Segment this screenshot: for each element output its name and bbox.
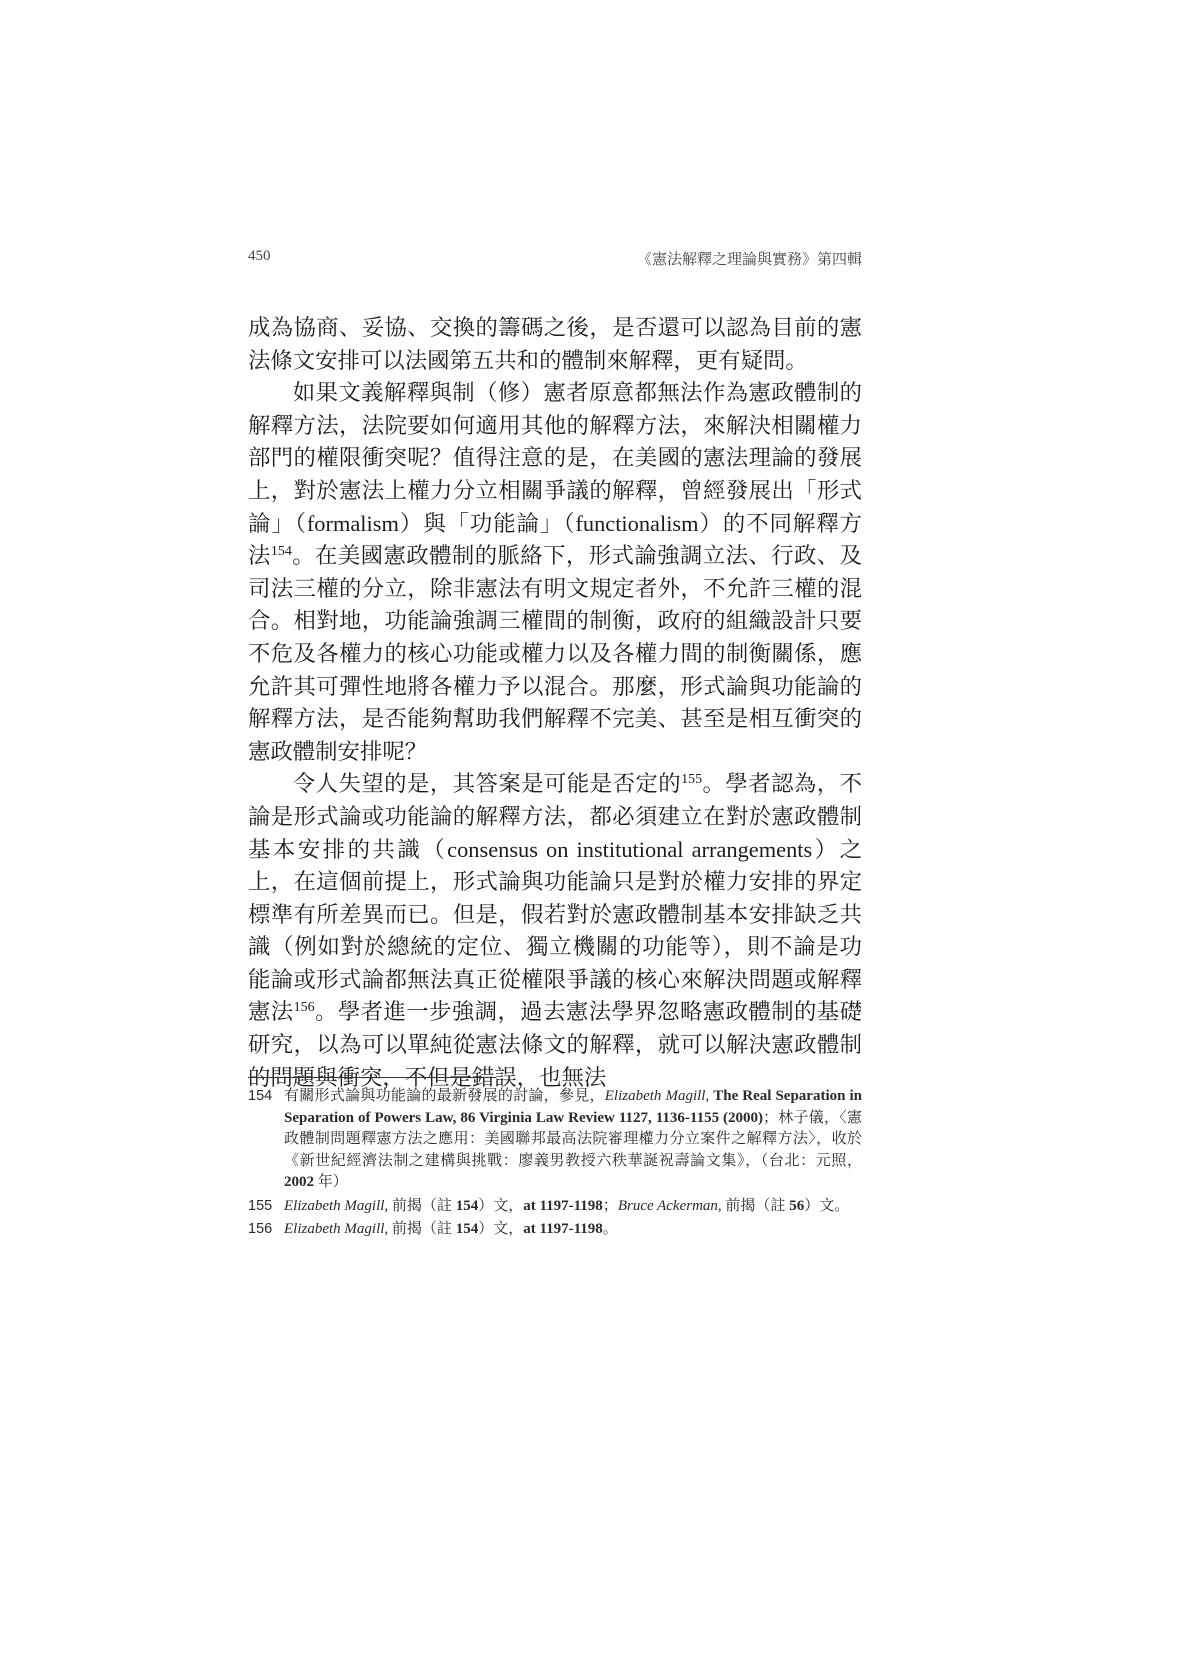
- footnote-number: 156: [248, 1219, 284, 1241]
- body-text-run: 。在美國憲政體制的脈絡下，形式論強調立法、行政、及司法三權的分立，除非憲法有明文…: [248, 543, 862, 765]
- body-text-run: 令人失望的是，其答案是可能是否定的: [293, 771, 681, 797]
- author-name: Bruce Ackerman: [618, 1198, 718, 1214]
- footnote-text-run: , 前揭（註: [384, 1221, 455, 1237]
- citation-detail: 154: [456, 1198, 479, 1214]
- footnote-text-run: 年）: [314, 1174, 348, 1190]
- footnote-154: 154有關形式論與功能論的最新發展的討論，參見，Elizabeth Magill…: [248, 1086, 862, 1194]
- footnote-text: 有關形式論與功能論的最新發展的討論，參見，Elizabeth Magill, T…: [284, 1086, 862, 1194]
- footnote-text-run: 有關形式論與功能論的最新發展的討論，參見，: [284, 1088, 605, 1104]
- body-text-run: ）之上，在這個前提上，形式論與功能論只是對於權力安排的界定標準有所差異而已。但是…: [248, 837, 862, 1026]
- footnote-text: Elizabeth Magill, 前揭（註 154）文，at 1197-119…: [284, 1219, 862, 1241]
- body-paragraph: 令人失望的是，其答案是可能是否定的155。學者認為，不論是形式論或功能論的解釋方…: [248, 768, 862, 1094]
- english-term: consensus on institutional arrangements: [447, 837, 812, 862]
- author-name: Elizabeth Magill: [605, 1088, 706, 1104]
- footnote-text-run: ；: [603, 1198, 618, 1214]
- footnote-text-run: 。: [603, 1221, 618, 1237]
- footnote-text: Elizabeth Magill, 前揭（註 154）文，at 1197-119…: [284, 1196, 862, 1218]
- citation-detail: 56: [789, 1198, 804, 1214]
- running-head: 450 《憲法解釋之理論與實務》第四輯: [248, 248, 862, 272]
- footnote-156: 156Elizabeth Magill, 前揭（註 154）文，at 1197-…: [248, 1219, 862, 1241]
- footnote-reference[interactable]: 154: [271, 544, 292, 559]
- english-term: functionalism: [575, 511, 698, 536]
- author-name: Elizabeth Magill: [284, 1221, 384, 1237]
- english-term: formalism: [307, 511, 399, 536]
- footnote-text-run: , 前揭（註: [718, 1198, 789, 1214]
- body-text-run: 成為協商、妥協、交換的籌碼之後，是否還可以認為目前的憲法條文安排可以法國第五共和…: [248, 315, 862, 374]
- citation-detail: at 1197-1198: [523, 1198, 603, 1214]
- author-name: Elizabeth Magill: [284, 1198, 384, 1214]
- footnote-divider: [248, 1077, 496, 1078]
- body-paragraph: 成為協商、妥協、交換的籌碼之後，是否還可以認為目前的憲法條文安排可以法國第五共和…: [248, 312, 862, 377]
- body-text: 成為協商、妥協、交換的籌碼之後，是否還可以認為目前的憲法條文安排可以法國第五共和…: [248, 312, 862, 1094]
- footnote-number: 155: [248, 1196, 284, 1218]
- footnotes: 154有關形式論與功能論的最新發展的討論，參見，Elizabeth Magill…: [248, 1086, 862, 1243]
- footnote-number: 154: [248, 1086, 284, 1194]
- footnote-reference[interactable]: 155: [681, 772, 702, 787]
- citation-detail: 154: [456, 1221, 479, 1237]
- footnote-text-run: ）文，: [478, 1221, 523, 1237]
- footnote-text-run: , 前揭（註: [384, 1198, 455, 1214]
- footnote-text-run: ）文，: [478, 1198, 523, 1214]
- footnote-reference[interactable]: 156: [294, 1000, 315, 1015]
- page-number: 450: [248, 248, 271, 265]
- body-paragraph: 如果文義解釋與制（修）憲者原意都無法作為憲政體制的解釋方法，法院要如何適用其他的…: [248, 377, 862, 768]
- body-text-run: ）與「功能論」（: [399, 511, 576, 537]
- footnote-155: 155Elizabeth Magill, 前揭（註 154）文，at 1197-…: [248, 1196, 862, 1218]
- citation-detail: 2002: [284, 1174, 314, 1190]
- footnote-text-run: ）文。: [804, 1198, 849, 1214]
- citation-detail: at 1197-1198: [523, 1221, 603, 1237]
- book-title: 《憲法解釋之理論與實務》第四輯: [637, 248, 862, 269]
